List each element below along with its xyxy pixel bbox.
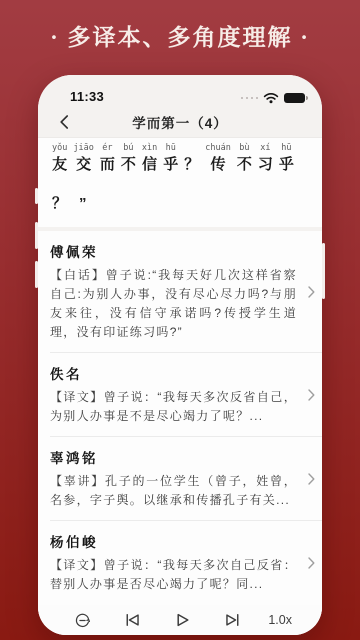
chevron-right-icon[interactable] — [308, 389, 315, 401]
translator-name: 杨伯峻 — [50, 531, 310, 551]
content-scroll-area[interactable]: yǒu 友 jiāo 交 ér 而 bú 不 xìn 信 hū 乎 ？ chuá… — [38, 137, 322, 635]
ruby-char: yǒu 友 — [52, 143, 67, 175]
ruby-char: hū 乎 — [163, 143, 178, 175]
phone-screen: 11:33 — [38, 75, 322, 635]
translation-text: 【译文】曾子说：“我每天多次反省自己，为别人办事是不是尽心竭力了呢？... — [50, 388, 310, 426]
pinyin-label: yǒu — [52, 143, 67, 154]
hanzi-char: ？ — [184, 154, 199, 175]
translation-section[interactable]: 辜鸿铭 【辜讲】孔子的一位学生（曾子，姓曾，名参，字子舆。以继承和传播孔子有关.… — [38, 437, 322, 521]
hanzi-char: 而 — [100, 154, 115, 175]
translator-name: 辜鸿铭 — [50, 447, 310, 467]
hanzi-char: 习 — [258, 154, 273, 175]
phone-mockup: 11:33 — [38, 75, 322, 635]
playback-speed-button[interactable]: 1.0x — [268, 613, 292, 627]
pinyin-label: bù — [239, 143, 249, 154]
player-toolbar: 1.0x — [38, 605, 322, 635]
hanzi-char: 交 — [76, 154, 91, 175]
hanzi-char: 友 — [52, 154, 67, 175]
hanzi-char: 乎 — [279, 154, 294, 175]
translator-name: 傅佩荣 — [50, 241, 310, 261]
hanzi-char: 信 — [142, 154, 157, 175]
translation-text: 【辜讲】孔子的一位学生（曾子，姓曾，名参，字子舆。以继承和传播孔子有关... — [50, 472, 310, 510]
passage-tail: ？” — [52, 192, 308, 213]
pinyin-label: xìn — [142, 143, 157, 154]
translation-section[interactable]: 傅佩荣 【白话】曾子说:“我每天好几次这样省察自己:为别人办事，没有尽心尽力吗?… — [38, 231, 322, 353]
status-bar: 11:33 — [38, 75, 322, 107]
translation-section[interactable]: 佚名 【译文】曾子说：“我每天多次反省自己，为别人办事是不是尽心竭力了呢？... — [38, 353, 322, 437]
skip-next-icon[interactable] — [218, 608, 246, 632]
translator-name: 佚名 — [50, 363, 310, 383]
ruby-char: ？ — [184, 143, 199, 175]
power-button — [322, 243, 325, 299]
app-stage: · 多译本、多角度理解 · 11:33 — [0, 0, 360, 640]
chevron-right-icon[interactable] — [308, 557, 315, 569]
chevron-right-icon[interactable] — [308, 473, 315, 485]
ruby-char: bù 不 — [237, 143, 252, 175]
ruby-char: xí 习 — [258, 143, 273, 175]
nav-bar: 学而第一（4） — [38, 107, 322, 137]
pinyin-label: chuán — [205, 143, 231, 154]
back-button[interactable] — [52, 110, 76, 134]
hanzi-char: 传 — [211, 154, 226, 175]
ruby-line: yǒu 友 jiāo 交 ér 而 bú 不 xìn 信 hū 乎 ？ chuá… — [52, 143, 308, 175]
pinyin-label: hū — [166, 143, 176, 154]
status-icons — [241, 92, 306, 104]
translation-text: 【白话】曾子说:“我每天好几次这样省察自己:为别人办事，没有尽心尽力吗?与朋友来… — [50, 266, 310, 342]
passage-card: yǒu 友 jiāo 交 ér 而 bú 不 xìn 信 hū 乎 ？ chuá… — [38, 137, 322, 227]
pinyin-label: bú — [123, 143, 133, 154]
status-time: 11:33 — [70, 89, 104, 104]
signal-dots-icon — [241, 97, 259, 100]
skip-previous-icon[interactable] — [118, 608, 146, 632]
repeat-icon[interactable] — [68, 608, 96, 632]
ruby-char: jiāo 交 — [73, 143, 93, 175]
hanzi-char: 乎 — [163, 154, 178, 175]
ruby-char: chuán 传 — [205, 143, 231, 175]
hanzi-char: 不 — [121, 154, 136, 175]
pinyin-label: xí — [260, 143, 270, 154]
ruby-char: xìn 信 — [142, 143, 157, 175]
pinyin-label: jiāo — [73, 143, 93, 154]
ruby-char: bú 不 — [121, 143, 136, 175]
wifi-icon — [263, 92, 279, 104]
play-icon[interactable] — [168, 608, 196, 632]
hanzi-char: 不 — [237, 154, 252, 175]
battery-icon — [284, 93, 305, 104]
ruby-char: ér 而 — [100, 143, 115, 175]
translation-list: 傅佩荣 【白话】曾子说:“我每天好几次这样省察自己:为别人办事，没有尽心尽力吗?… — [38, 231, 322, 605]
translation-section[interactable]: 杨伯峻 【译文】曾子说：“我每天多次自己反省：替别人办事是否尽心竭力了呢？同..… — [38, 521, 322, 605]
chevron-right-icon[interactable] — [308, 286, 315, 298]
pinyin-label: ér — [102, 143, 112, 154]
ruby-char: hū 乎 — [279, 143, 294, 175]
translation-text: 【译文】曾子说：“我每天多次自己反省：替别人办事是否尽心竭力了呢？同... — [50, 556, 310, 594]
pinyin-label: hū — [281, 143, 291, 154]
page-title: 学而第一（4） — [132, 112, 228, 132]
promo-banner-text: · 多译本、多角度理解 · — [0, 19, 360, 52]
